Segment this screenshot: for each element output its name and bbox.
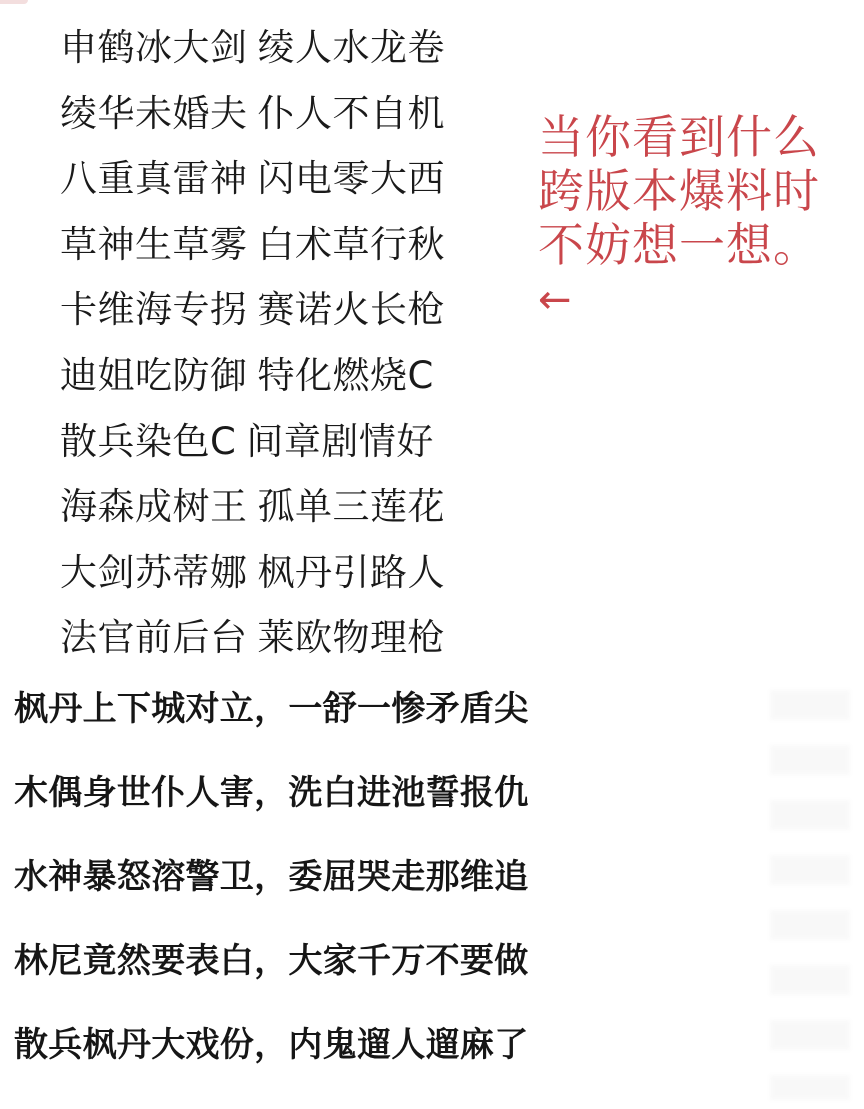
verse-line: 散兵染色C间章剧情好	[60, 418, 445, 484]
verse-right: 绫人水龙卷	[258, 26, 446, 69]
annotation-line: 跨版本爆料时	[538, 164, 820, 218]
verse-left: 大剑苏蒂娜	[60, 551, 248, 594]
verse-line: 草神生草雾白术草行秋	[60, 221, 445, 287]
verse-line: 卡维海专拐赛诺火长枪	[60, 286, 445, 352]
annotation-line: 当你看到什么	[538, 110, 820, 164]
verse-left: 绫华未婚夫	[60, 92, 248, 135]
verse-left: 草神生草雾	[60, 223, 248, 266]
summary-line: 散兵枫丹大戏份，内鬼遛人遛麻了	[14, 1020, 529, 1104]
verse-right: 孤单三莲花	[258, 485, 446, 528]
verse-left: 迪姐吃防御	[60, 354, 248, 397]
annotation-line: 不妨想一想。	[538, 218, 820, 272]
verse-left: 散兵染色C	[60, 420, 236, 463]
verse-left: 申鹤冰大剑	[60, 26, 248, 69]
summary-line: 林尼竟然要表白，大家千万不要做	[14, 936, 529, 1020]
verse-line: 法官前后台莱欧物理枪	[60, 614, 445, 680]
verse-right: 闪电零大西	[258, 157, 446, 200]
verse-line: 海森成树王孤单三莲花	[60, 483, 445, 549]
verse-right: 莱欧物理枪	[258, 616, 446, 659]
verse-line: 八重真雷神闪电零大西	[60, 155, 445, 221]
verse-line: 申鹤冰大剑绫人水龙卷	[60, 24, 445, 90]
verse-line: 迪姐吃防御特化燃烧C	[60, 352, 445, 418]
verse-right: 枫丹引路人	[258, 551, 446, 594]
summary-line: 木偶身世仆人害，洗白进池誓报仇	[14, 768, 529, 852]
verse-list: 申鹤冰大剑绫人水龙卷 绫华未婚夫仆人不自机 八重真雷神闪电零大西 草神生草雾白术…	[60, 24, 445, 680]
verse-left: 八重真雷神	[60, 157, 248, 200]
bleed-through-artifact	[770, 690, 850, 1100]
arrow-left-icon: ←	[538, 274, 820, 326]
verse-line: 大剑苏蒂娜枫丹引路人	[60, 549, 445, 615]
verse-left: 海森成树王	[60, 485, 248, 528]
verse-right: 仆人不自机	[258, 92, 446, 135]
verse-left: 卡维海专拐	[60, 288, 248, 331]
summary-line: 枫丹上下城对立，一舒一惨矛盾尖	[14, 684, 529, 768]
verse-left: 法官前后台	[60, 616, 248, 659]
verse-right: 间章剧情好	[246, 420, 434, 463]
corner-decoration	[0, 0, 28, 4]
verse-line: 绫华未婚夫仆人不自机	[60, 90, 445, 156]
verse-right: 特化燃烧C	[258, 354, 434, 397]
summary-list: 枫丹上下城对立，一舒一惨矛盾尖 木偶身世仆人害，洗白进池誓报仇 水神暴怒溶警卫，…	[14, 684, 529, 1104]
verse-right: 白术草行秋	[258, 223, 446, 266]
red-annotation: 当你看到什么 跨版本爆料时 不妨想一想。 ←	[538, 110, 820, 326]
verse-right: 赛诺火长枪	[258, 288, 446, 331]
summary-line: 水神暴怒溶警卫，委屈哭走那维追	[14, 852, 529, 936]
